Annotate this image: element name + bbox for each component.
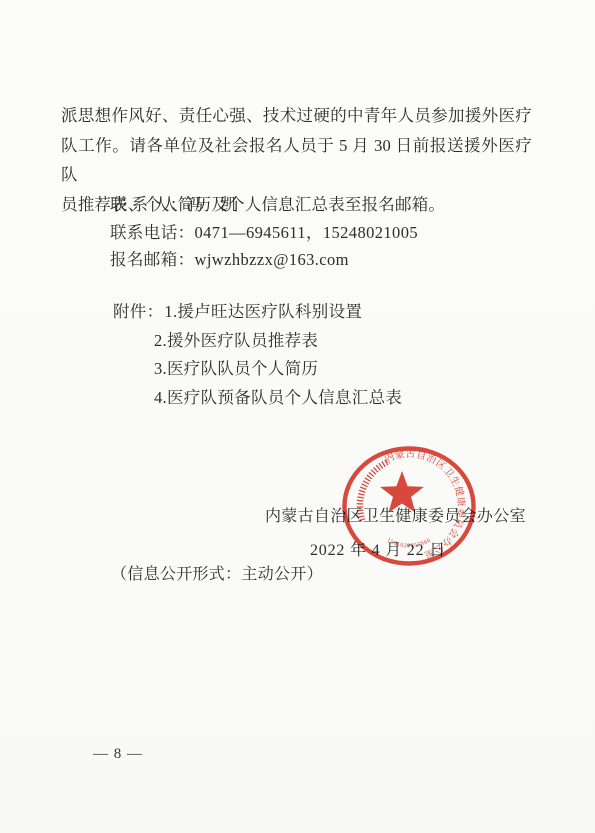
- paragraph-line-2: 队工作。请各单位及社会报名人员于 5 月 30 日前报送援外医疗队: [61, 131, 532, 190]
- page-number: — 8 —: [93, 746, 143, 763]
- seal-serial-number: 1501020057866: [386, 537, 433, 549]
- official-seal: 内蒙古自治区卫生健康委员会办公室 1501020057866: [339, 445, 479, 569]
- contact-block: 联 系 人：冯 凯 联系电话：0471—6945611，15248021005 …: [110, 191, 418, 274]
- attachments-row-1: 附件：1.援卢旺达医疗队科别设置: [113, 298, 402, 327]
- contact-email-line: 报名邮箱：wjwzhbzzx@163.com: [110, 246, 418, 274]
- seal-mongolian-script-arc: [360, 461, 389, 520]
- attachments-label: 附件：: [113, 298, 163, 327]
- attachment-item-2: 2.援外医疗队员推荐表: [113, 327, 402, 356]
- contact-person-line: 联 系 人：冯 凯: [110, 191, 418, 219]
- document-page: 派思想作风好、责任心强、技术过硬的中青年人员参加援外医疗 队工作。请各单位及社会…: [0, 0, 595, 833]
- seal-star-icon: [380, 471, 424, 513]
- disclosure-note: （信息公开形式：主动公开）: [111, 561, 323, 584]
- contact-phone-line: 联系电话：0471—6945611，15248021005: [110, 219, 418, 247]
- attachment-item-3: 3.医疗队队员个人简历: [113, 355, 402, 384]
- attachment-item-4: 4.医疗队预备队员个人信息汇总表: [113, 384, 402, 413]
- attachment-item-1: 1.援卢旺达医疗队科别设置: [164, 302, 362, 321]
- paragraph-line-1: 派思想作风好、责任心强、技术过硬的中青年人员参加援外医疗: [61, 101, 532, 131]
- attachments-block: 附件：1.援卢旺达医疗队科别设置 2.援外医疗队员推荐表 3.医疗队队员个人简历…: [113, 298, 402, 412]
